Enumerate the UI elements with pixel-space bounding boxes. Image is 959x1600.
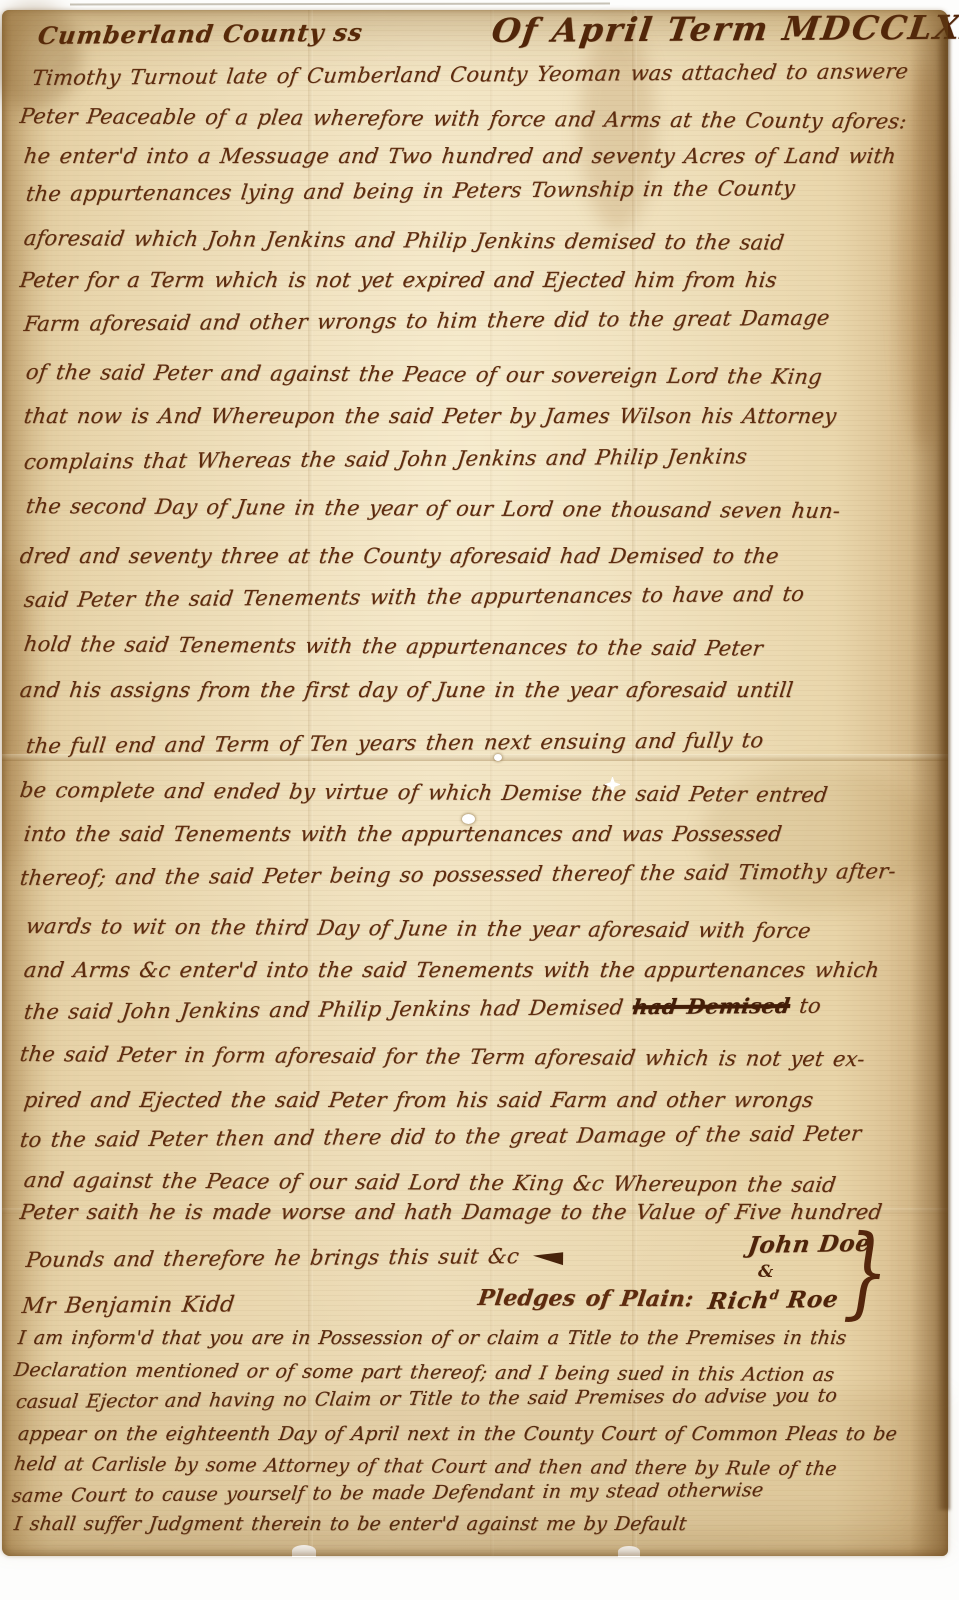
worm-hole (494, 754, 502, 761)
manuscript-line: the said Peter in form aforesaid for the… (18, 1042, 866, 1071)
county-heading: Cumberland County ss (36, 21, 364, 48)
line-text: to (789, 994, 823, 1018)
manuscript-line: he enter'd into a Messuage and Two hundr… (23, 144, 898, 168)
ampersand-mark: & (758, 1264, 773, 1281)
line-text: Pounds and therefore he brings this suit… (25, 1244, 521, 1272)
paper-stain (900, 60, 948, 450)
manuscript-line: that now is And Whereupon the said Peter… (23, 404, 838, 428)
pledges-brace: } (842, 1221, 889, 1322)
pen-flourish-icon (532, 1252, 562, 1268)
manuscript-line: into the said Tenements with the appurte… (23, 822, 784, 846)
manuscript-line: pired and Ejected the said Peter from hi… (23, 1088, 815, 1112)
notice-line: appear on the eighteenth Day of April ne… (17, 1424, 898, 1446)
line-text: the said John Jenkins and Philip Jenkins… (23, 995, 634, 1024)
manuscript-line: and Arms &c enter'd into the said Teneme… (23, 958, 881, 982)
scan-artifact-line (70, 3, 610, 6)
notice-addressee: Mr Benjamin Kidd (21, 1292, 236, 1319)
struck-text: had Demised (631, 993, 791, 1019)
scanned-manuscript-page: Cumberland County ss Of April Term MDCCL… (0, 0, 959, 1600)
manuscript-line: dred and seventy three at the County afo… (19, 544, 781, 568)
edge-tear-notch (618, 1546, 640, 1557)
pledge-name-richard-roe: Richd Roe (706, 1288, 840, 1313)
worm-hole (462, 814, 475, 824)
manuscript-line: of the said Peter and against the Peace … (24, 360, 823, 389)
manuscript-line: hold the said Tenements with the appurte… (22, 632, 764, 661)
name-text: Roe (777, 1286, 840, 1314)
manuscript-line: Peter for a Term which is not yet expire… (19, 268, 779, 292)
notice-line: I shall suffer Judgment therein to be en… (13, 1514, 688, 1536)
manuscript-line: Peter saith he is made worse and hath Da… (19, 1200, 884, 1224)
name-text: Rich (706, 1287, 771, 1315)
manuscript-line: the second Day of June in the year of ou… (24, 494, 841, 523)
edge-tear-notch (292, 1545, 316, 1557)
manuscript-line: wards to wit on the third Day of June in… (24, 914, 812, 943)
suit-line: Pounds and therefore he brings this suit… (25, 1244, 565, 1272)
manuscript-line: be complete and ended by virtue of which… (18, 778, 829, 807)
notice-line: I am inform'd that you are in Possession… (17, 1328, 848, 1350)
manuscript-line: and his assigns from the first day of Ju… (19, 678, 795, 702)
pledges-label: Pledges of Plain: (476, 1286, 695, 1313)
manuscript-line: aforesaid which John Jenkins and Philip … (22, 226, 785, 255)
manuscript-line: and against the Peace of our said Lord t… (22, 1168, 837, 1197)
term-heading: Of April Term MDCCLXXIV (490, 10, 959, 47)
